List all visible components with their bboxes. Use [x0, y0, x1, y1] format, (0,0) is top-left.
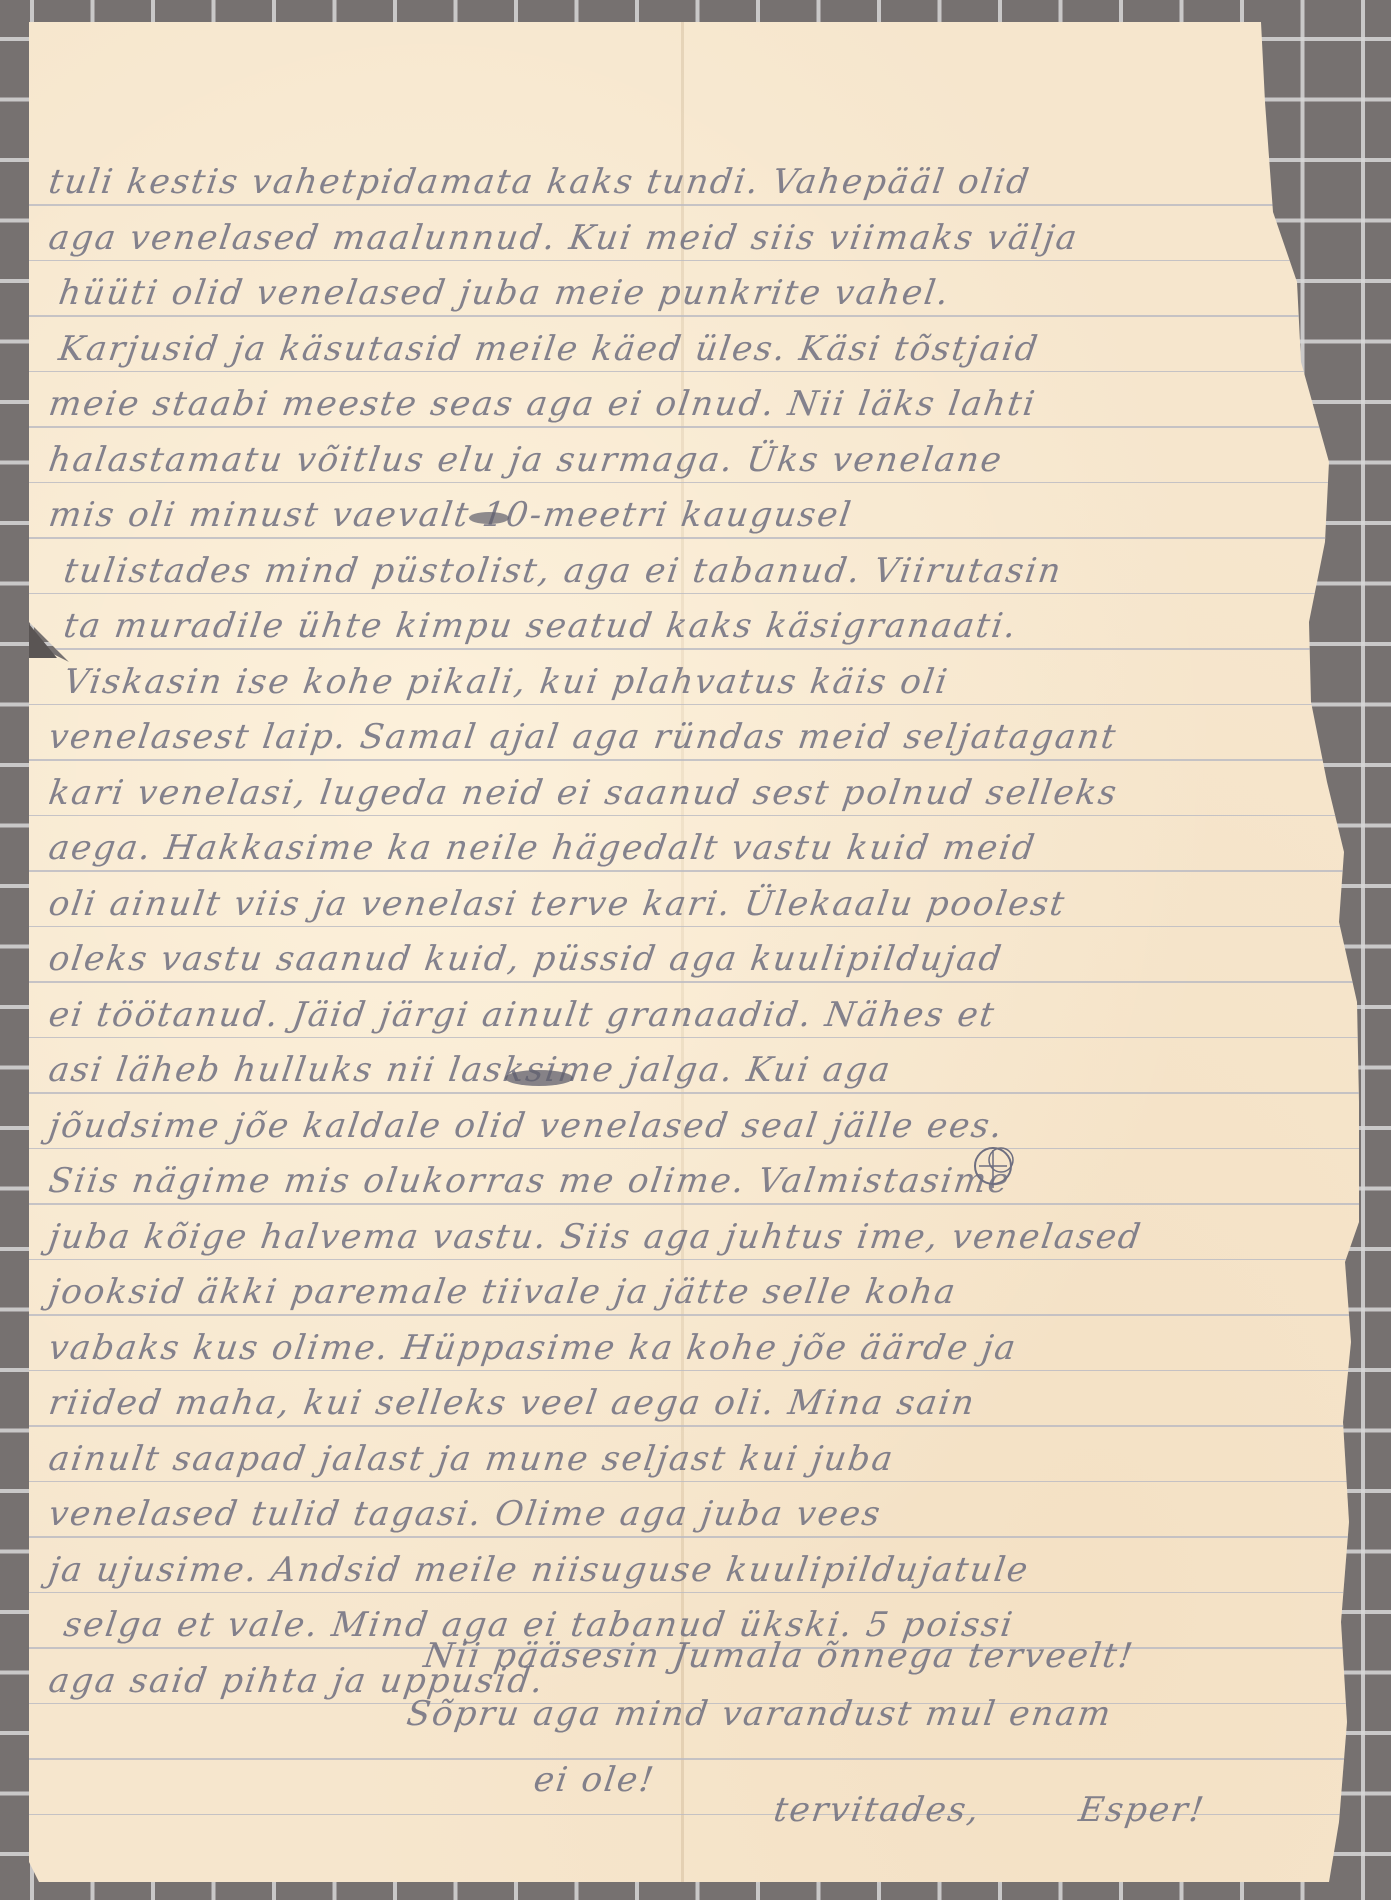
- ruled-line: [29, 204, 1359, 206]
- ruled-line: [29, 1481, 1359, 1483]
- closing-line-2: Sõpru aga mind varandust mul enam: [404, 1694, 1115, 1734]
- body-line: venelased tulid tagasi. Olime aga juba v…: [46, 1494, 884, 1534]
- ruled-line: [29, 593, 1359, 595]
- letter-page: tuli kestis vahetpidamata kaks tundi. Va…: [29, 22, 1359, 1882]
- body-line: halastamatu võitlus elu ja surmaga. Üks …: [46, 440, 1006, 480]
- ruled-line: [29, 537, 1359, 539]
- ruled-line: [29, 1592, 1359, 1594]
- ruled-line: [29, 1314, 1359, 1316]
- body-line: jooksid äkki paremale tiivale ja jätte s…: [46, 1272, 959, 1312]
- ruled-line: [29, 1259, 1359, 1261]
- body-line: vabaks kus olime. Hüppasime ka kohe jõe …: [46, 1328, 1020, 1368]
- closing-line-1: Nii pääsesin Jumala õnnega terveelt!: [421, 1636, 1137, 1676]
- ruled-line: [29, 1758, 1359, 1760]
- ruled-line: [29, 1203, 1359, 1205]
- ruled-line: [29, 1037, 1359, 1039]
- body-line: Siis nägime mis olukorras me olime. Valm…: [46, 1161, 1013, 1201]
- ruled-line: [29, 426, 1359, 428]
- body-line: oli ainult viis ja venelasi terve kari. …: [46, 884, 1068, 924]
- circled-cross-doodle-icon: [967, 1142, 1027, 1194]
- body-line: kari venelasi, lugeda neid ei saanud ses…: [46, 773, 1120, 813]
- ruled-line: [29, 981, 1359, 983]
- ruled-line: [29, 1370, 1359, 1372]
- scribble-mark-icon: [499, 1062, 589, 1092]
- ruled-line: [29, 1148, 1359, 1150]
- body-line: aga venelased maalunnud. Kui meid siis v…: [46, 218, 1081, 258]
- body-line: Viskasin ise kohe pikali, kui plahvatus …: [61, 662, 951, 702]
- body-line: juba kõige halvema vastu. Siis aga juhtu…: [46, 1217, 1145, 1257]
- body-line: hüüti olid venelased juba meie punkrite …: [56, 273, 953, 313]
- ruled-line: [29, 1425, 1359, 1427]
- ruled-line: [29, 815, 1359, 817]
- ruled-line: [29, 704, 1359, 706]
- body-line: aega. Hakkasime ka neile hägedalt vastu …: [46, 828, 1039, 868]
- body-line: tulistades mind püstolist, aga ei tabanu…: [61, 551, 1065, 591]
- ruled-line: [29, 926, 1359, 928]
- signature-name: Esper!: [1076, 1790, 1208, 1830]
- ruled-line: [29, 759, 1359, 761]
- scribble-mark-icon-2: [464, 506, 514, 530]
- ruled-line: [29, 260, 1359, 262]
- body-line: mis oli minust vaevalt 10-meetri kauguse…: [46, 495, 855, 535]
- body-line: meie staabi meeste seas aga ei olnud. Ni…: [46, 384, 1039, 424]
- body-line: ja ujusime. Andsid meile niisuguse kuuli…: [46, 1550, 1032, 1590]
- ruled-line: [29, 1092, 1359, 1094]
- ruled-line: [29, 371, 1359, 373]
- body-line: ei töötanud. Jäid järgi ainult granaadid…: [46, 995, 998, 1035]
- ruled-line: [29, 870, 1359, 872]
- body-line: ainult saapad jalast ja mune seljast kui…: [46, 1439, 897, 1479]
- ruled-line: [29, 482, 1359, 484]
- body-line: tuli kestis vahetpidamata kaks tundi. Va…: [46, 162, 1033, 202]
- ruled-line: [29, 648, 1359, 650]
- ruled-line: [29, 315, 1359, 317]
- body-line: oleks vastu saanud kuid, püssid aga kuul…: [46, 939, 1005, 979]
- signature-greeting: tervitades,: [771, 1790, 983, 1830]
- body-line: asi läheb hulluks nii lasksime jalga. Ku…: [46, 1050, 894, 1090]
- ruled-line: [29, 1536, 1359, 1538]
- body-line: riided maha, kui selleks veel aega oli. …: [46, 1383, 978, 1423]
- body-line: venelasest laip. Samal ajal aga ründas m…: [46, 717, 1120, 757]
- body-line: ta muradile ühte kimpu seatud kaks käsig…: [61, 606, 1020, 646]
- closing-line-3: ei ole!: [531, 1760, 658, 1800]
- body-line: jõudsime jõe kaldale olid venelased seal…: [46, 1106, 1006, 1146]
- body-line: Karjusid ja käsutasid meile käed üles. K…: [56, 329, 1042, 369]
